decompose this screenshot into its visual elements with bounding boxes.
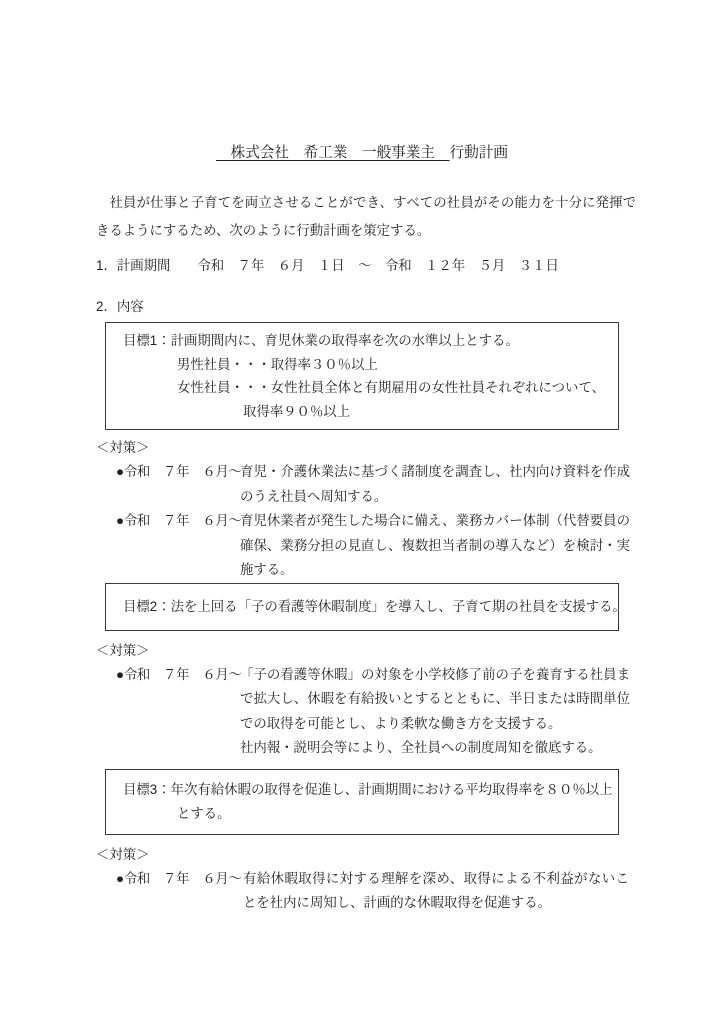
measure-text-paragraph-1: 「子の看護等休暇」の対象を小学校修了前の子を養育する社員まで拡大し、休暇を有給扱…: [240, 663, 630, 737]
goal3-measures-label: ＜対策＞: [96, 843, 628, 867]
measure-date: ●令和 ７年 ６月～: [116, 460, 242, 485]
measure-date: ●令和 ７年 ６月～: [116, 509, 242, 534]
title-plain-part: 行動計画: [450, 145, 508, 161]
plan-period-label: 1．計画期間: [96, 258, 170, 273]
goal1-line1: 目標1：計画期間内に、育児休業の取得率を次の水準以上とする。: [123, 329, 610, 353]
goal3-line1: 目標3：年次有給休暇の取得を促進し、計画期間における平均取得率を８０％以上: [123, 778, 610, 802]
goal1-measures-label: ＜対策＞: [96, 436, 628, 460]
goal1-line4: 取得率９０％以上: [243, 400, 610, 424]
title-underlined-part: 株式会社 希工業 一般事業主: [216, 145, 450, 161]
goal2-measures-label: ＜対策＞: [96, 639, 628, 663]
measure-date: ●令和 ７年 ６月～: [116, 663, 242, 688]
measure-text: 育児・介護休業法に基づく諸制度を調査し、社内向け資料を作成のうえ社員へ周知する。: [240, 460, 630, 509]
goal1-measure-1: ●令和 ７年 ６月～ 育児・介護休業法に基づく諸制度を調査し、社内向け資料を作成…: [96, 460, 628, 509]
goal3-measure-1: ●令和 ７年 ６月～ 有給休暇取得に対する理解を深め、取得による不利益がないこと…: [96, 867, 628, 916]
content-section-label: 2．内容: [96, 293, 628, 320]
measure-date: ●令和 ７年 ６月～: [116, 867, 242, 892]
document-page: 株式会社 希工業 一般事業主 行動計画 社員が仕事と子育てを両立させることができ…: [0, 0, 724, 1024]
goal1-line2: 男性社員・・・取得率３０％以上: [177, 353, 610, 377]
measure-text: 有給休暇取得に対する理解を深め、取得による不利益がないことを社内に周知し、計画的…: [243, 867, 629, 916]
goal3-box: 目標3：年次有給休暇の取得を促進し、計画期間における平均取得率を８０％以上 とす…: [105, 769, 619, 835]
measure-text: 「子の看護等休暇」の対象を小学校修了前の子を養育する社員まで拡大し、休暇を有給扱…: [240, 663, 630, 761]
goal2-measure-1: ●令和 ７年 ６月～ 「子の看護等休暇」の対象を小学校修了前の子を養育する社員ま…: [96, 663, 628, 761]
goal2-box: 目標2：法を上回る「子の看護等休暇制度」を導入し、子育て期の社員を支援する。: [105, 583, 619, 631]
measure-text-paragraph-2: 社内報・説明会等により、全社員への制度周知を徹底する。: [240, 736, 630, 761]
goal1-box: 目標1：計画期間内に、育児休業の取得率を次の水準以上とする。 男性社員・・・取得…: [105, 322, 619, 430]
plan-period-row: 1．計画期間令和 ７年 ６月 １日 ～ 令和 １２年 ５月 ３１日: [96, 252, 628, 279]
goal2-line1: 目標2：法を上回る「子の看護等休暇制度」を導入し、子育て期の社員を支援する。: [123, 595, 610, 619]
measure-text: 育児休業者が発生した場合に備え、業務カバー体制（代替要員の確保、業務分担の見直し…: [240, 509, 630, 583]
goal3-line2: とする。: [177, 802, 610, 826]
goal1-measure-2: ●令和 ７年 ６月～ 育児休業者が発生した場合に備え、業務カバー体制（代替要員の…: [96, 509, 628, 583]
document-title: 株式会社 希工業 一般事業主 行動計画: [96, 143, 628, 163]
intro-paragraph: 社員が仕事と子育てを両立させることができ、すべての社員がその能力を十分に発揮でき…: [96, 189, 636, 245]
goal1-line3: 女性社員・・・女性社員全体と有期雇用の女性社員それぞれについて、: [177, 376, 610, 400]
plan-period-value: 令和 ７年 ６月 １日 ～ 令和 １２年 ５月 ３１日: [197, 258, 559, 273]
